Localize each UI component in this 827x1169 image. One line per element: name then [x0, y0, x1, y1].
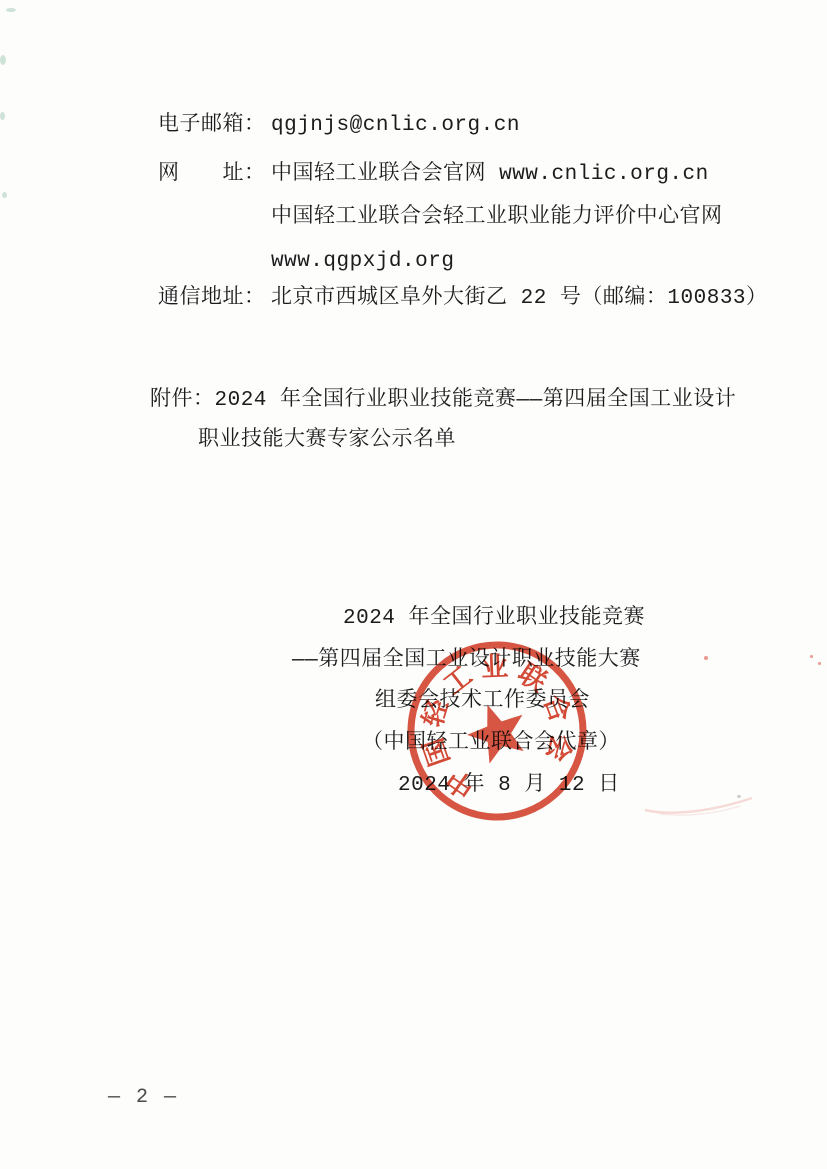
- scan-artifact: [0, 55, 6, 65]
- attachment-line-2: 职业技能大赛专家公示名单: [198, 426, 456, 456]
- contact-line-website: 网 址：中国轻工业联合会官网 www.cnlic.org.cn: [158, 160, 709, 190]
- attachment-line-1: 附件：2024 年全国行业职业技能竞赛——第四届全国工业设计: [150, 386, 736, 416]
- contact-label: 通信地址：: [158, 284, 271, 314]
- contact-value: 北京市西城区阜外大街乙 22 号（邮编：100833）: [271, 287, 768, 310]
- signature-line-4: （中国轻工业联合会代章）: [362, 729, 620, 759]
- contact-label: 网 址：: [158, 160, 271, 190]
- scan-artifact: [0, 112, 5, 120]
- signature-line-1: 2024 年全国行业职业技能竞赛: [343, 604, 645, 634]
- contact-value: qgjnjs@cnlic.org.cn: [271, 114, 520, 137]
- signature-line-3: 组委会技术工作委员会: [375, 687, 590, 717]
- signature-date: 2024 年 8 月 12 日: [398, 771, 620, 801]
- scan-artifact: [6, 8, 16, 12]
- document-page: 电子邮箱：qgjnjs@cnlic.org.cn 网 址：中国轻工业联合会官网 …: [0, 0, 827, 1169]
- scan-artifact-smudge: [640, 788, 760, 820]
- contact-line-website-cont: 中国轻工业联合会轻工业职业能力评价中心官网: [271, 203, 723, 233]
- scan-artifact: [818, 662, 821, 665]
- contact-label: 电子邮箱：: [158, 111, 271, 141]
- contact-value: 中国轻工业联合会轻工业职业能力评价中心官网: [271, 206, 723, 229]
- contact-line-email: 电子邮箱：qgjnjs@cnlic.org.cn: [158, 111, 520, 141]
- contact-value: 中国轻工业联合会官网 www.cnlic.org.cn: [271, 163, 709, 186]
- contact-line-address: 通信地址：北京市西城区阜外大街乙 22 号（邮编：100833）: [158, 284, 768, 314]
- signature-line-2: ——第四届全国工业设计职业技能大赛: [292, 646, 641, 676]
- scan-artifact: [810, 655, 813, 658]
- scan-artifact: [704, 656, 708, 660]
- page-number: — 2 —: [108, 1086, 178, 1109]
- contact-value: www.qgpxjd.org: [271, 250, 454, 273]
- contact-line-website-url: www.qgpxjd.org: [271, 247, 454, 277]
- scan-artifact: [737, 795, 741, 798]
- scan-artifact: [2, 192, 7, 198]
